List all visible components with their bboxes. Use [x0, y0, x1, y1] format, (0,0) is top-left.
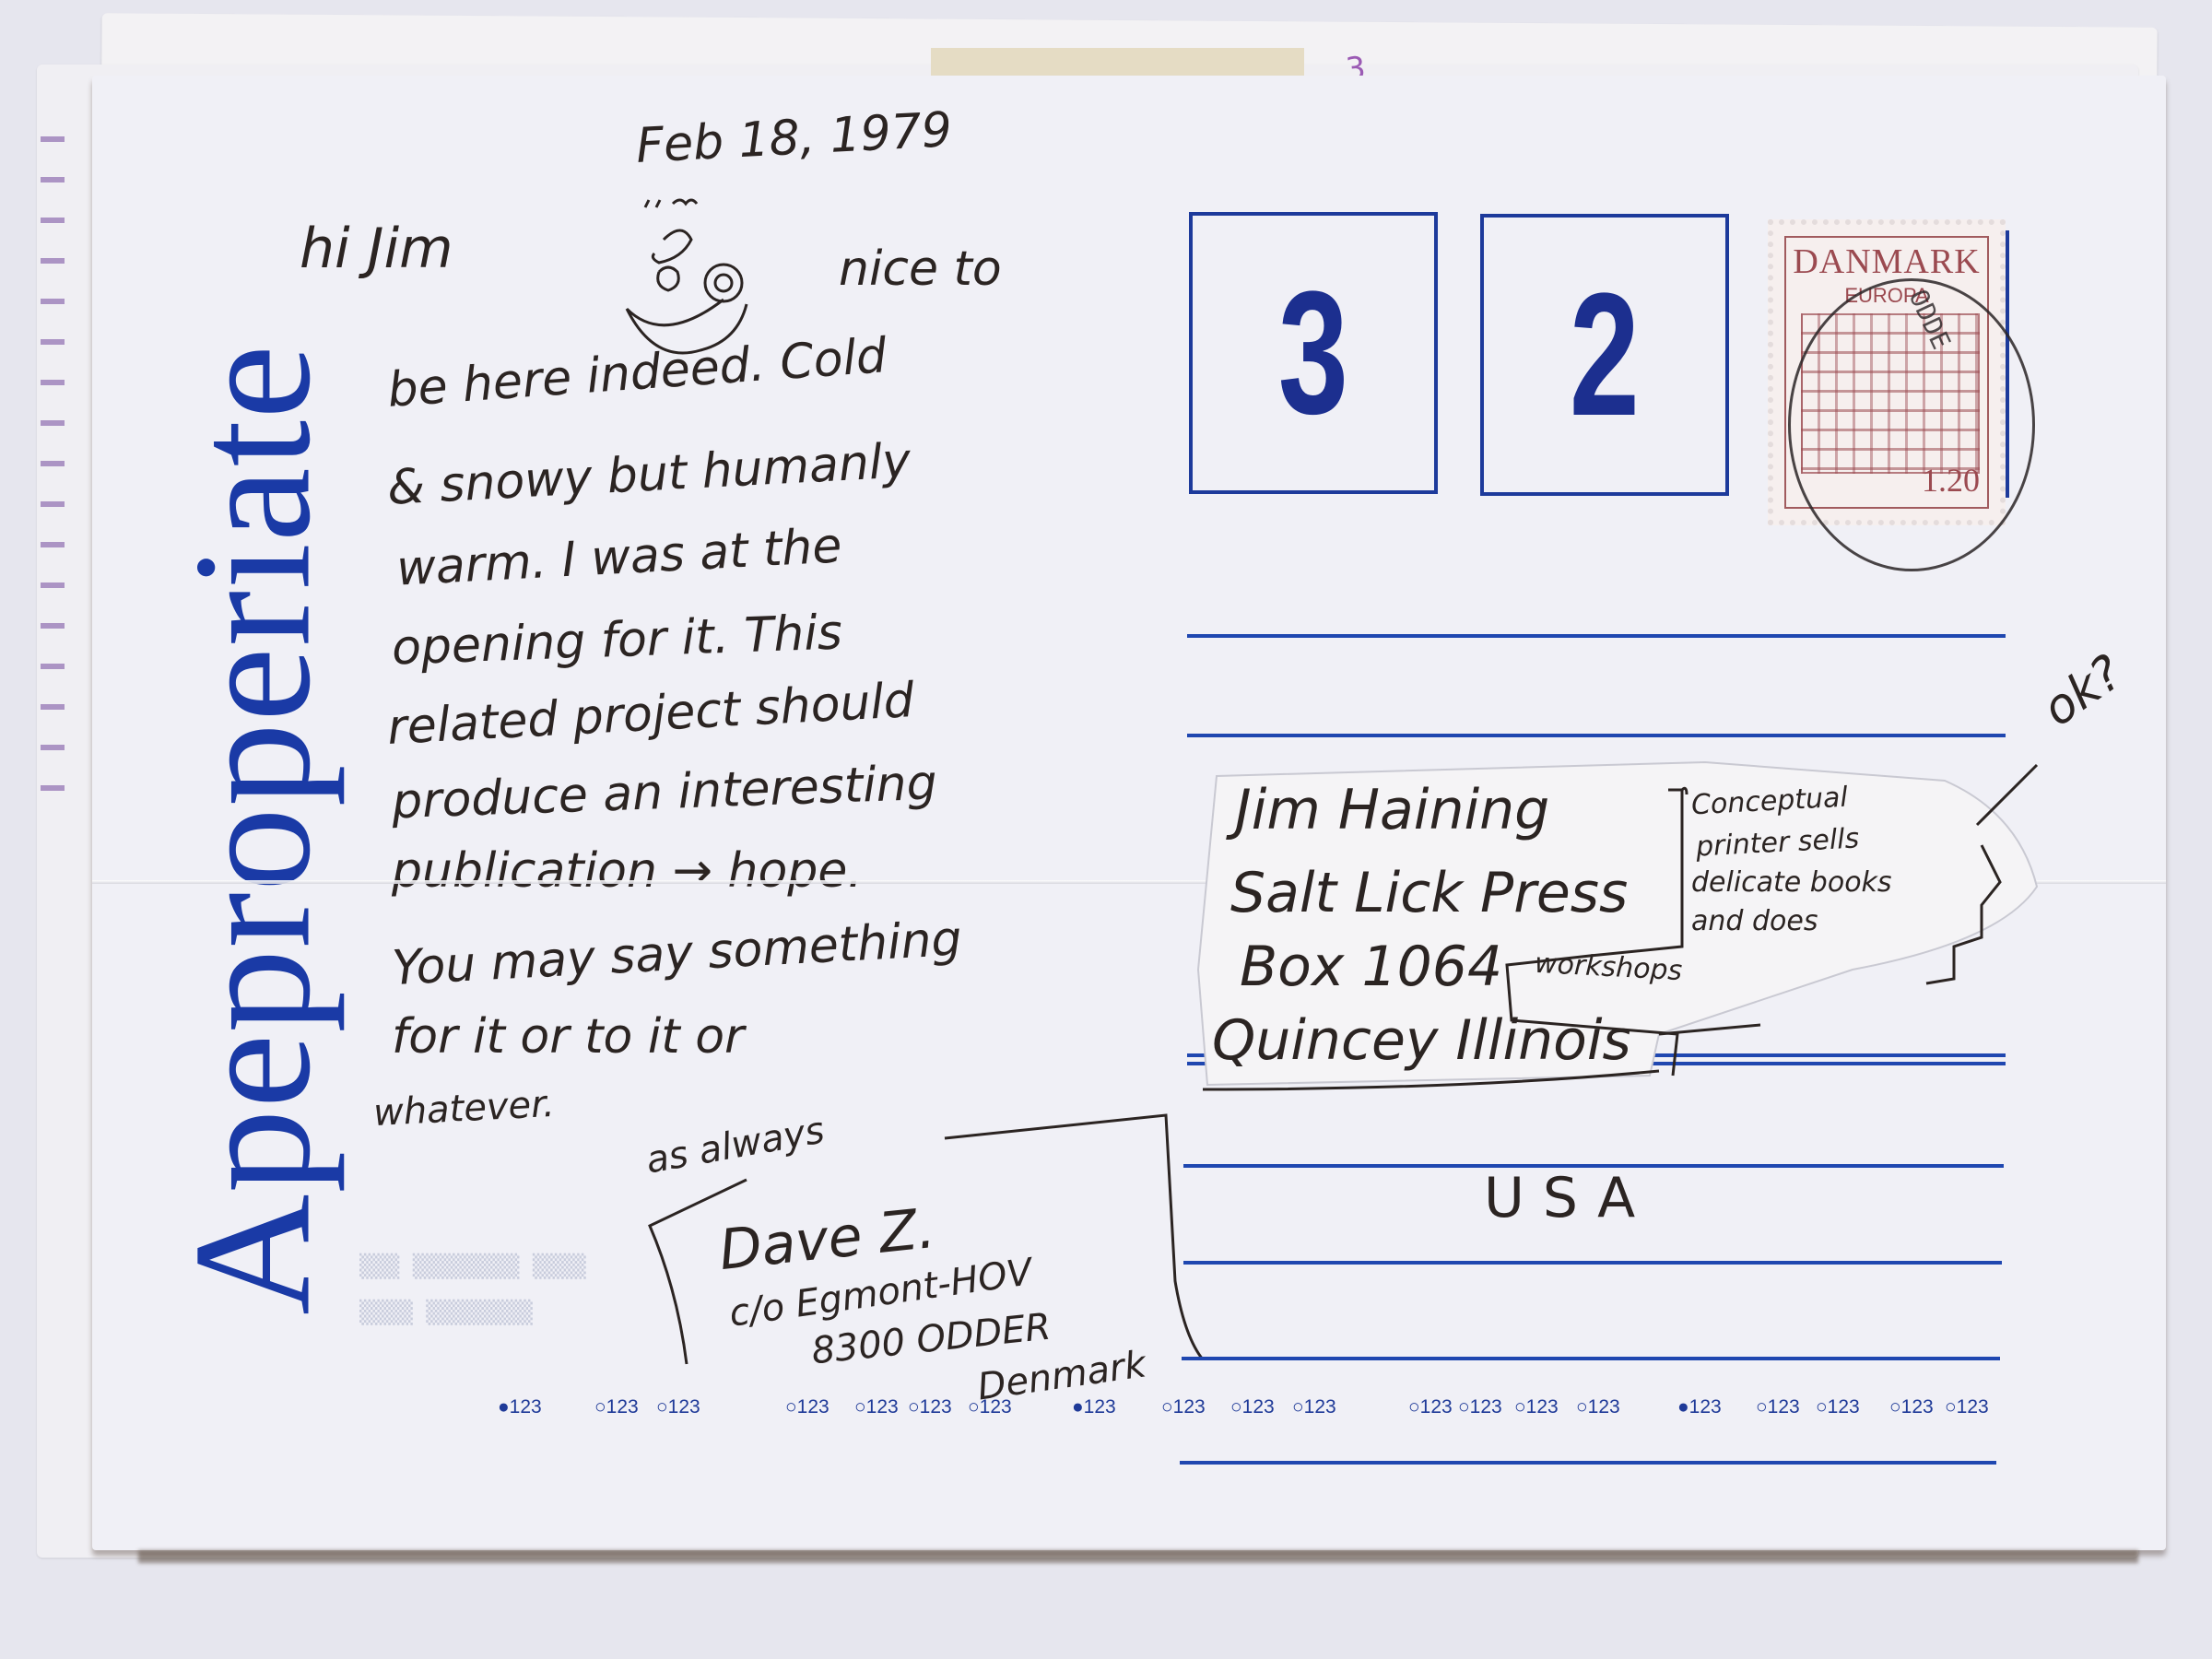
address-line: [1182, 1357, 2000, 1360]
code-mark: ○123: [1889, 1396, 1934, 1418]
address-line: [1180, 1461, 1996, 1465]
code-mark: ○123: [1945, 1396, 1989, 1418]
card-title: Apeproperiate: [157, 344, 349, 1315]
code-mark: ○123: [968, 1396, 1012, 1418]
code-mark: ●123: [1677, 1396, 1722, 1418]
code-mark: ○123: [656, 1396, 700, 1418]
message-greeting: hi Jim: [300, 217, 453, 281]
side-note-line: and does: [1691, 905, 1818, 937]
recipient-line: Jim Haining: [1235, 778, 1549, 842]
code-mark: ○123: [1292, 1396, 1336, 1418]
code-mark: ○123: [785, 1396, 829, 1418]
side-note-line: delicate books: [1691, 866, 1892, 899]
message-line: publication → hope.: [392, 843, 863, 899]
code-mark: ○123: [1458, 1396, 1502, 1418]
postal-code-box: 3: [1189, 212, 1438, 494]
side-perforation: [41, 101, 65, 802]
code-mark: ○123: [1230, 1396, 1275, 1418]
code-mark: ●123: [1072, 1396, 1116, 1418]
code-mark: ○123: [908, 1396, 952, 1418]
code-mark: ○123: [1576, 1396, 1620, 1418]
code-mark: ○123: [594, 1396, 639, 1418]
faded-print: ▒▒▒▒ ▒▒▒▒▒▒▒▒: [359, 1300, 533, 1325]
postmark-circle: [1788, 278, 2035, 571]
recipient-line: Quincey Illinois: [1212, 1008, 1631, 1073]
card-shadow: [138, 1550, 2138, 1563]
stamp-country: DANMARK: [1786, 241, 1987, 282]
code-mark: ○123: [854, 1396, 899, 1418]
recipient-country: USA: [1484, 1166, 1653, 1230]
address-line: [1187, 634, 2006, 638]
message-line: for it or to it or: [392, 1009, 744, 1065]
faded-print: ▒▒▒ ▒▒▒▒▒▒▒▒ ▒▒▒▒: [359, 1253, 586, 1279]
code-mark: ○123: [1161, 1396, 1206, 1418]
postal-code-digit: 2: [1570, 254, 1640, 455]
recipient-label: Jim Haining Salt Lick Press Box 1064 Qui…: [1189, 758, 2065, 1094]
recipient-line: Salt Lick Press: [1230, 861, 1628, 925]
recipient-line: Box 1064: [1240, 935, 1502, 999]
code-mark: ○123: [1816, 1396, 1860, 1418]
postal-code-box: 2: [1480, 214, 1729, 496]
code-mark: ●123: [498, 1396, 542, 1418]
address-line: [1183, 1261, 2002, 1265]
arrow-icon: [1972, 728, 2065, 829]
postal-code-digit: 3: [1278, 253, 1348, 453]
code-mark: ○123: [1514, 1396, 1559, 1418]
address-line: [1187, 734, 2006, 737]
message-line: nice to: [839, 241, 1002, 297]
code-mark: ○123: [1756, 1396, 1800, 1418]
code-mark: ○123: [1408, 1396, 1453, 1418]
